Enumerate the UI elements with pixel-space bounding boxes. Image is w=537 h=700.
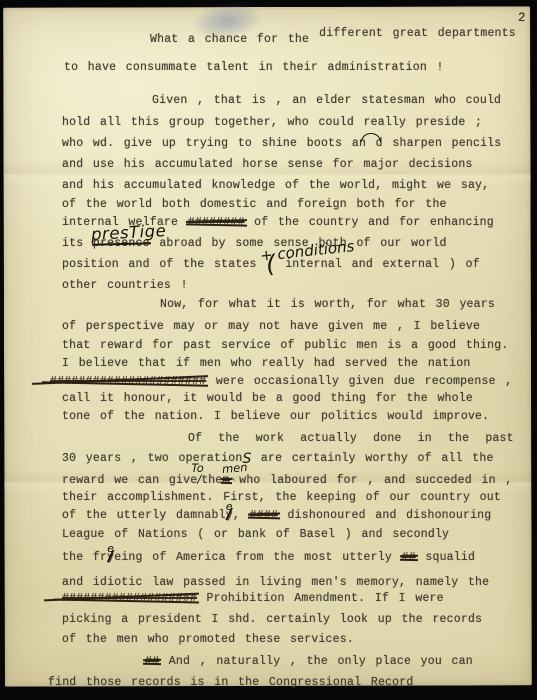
typed-text: its	[62, 237, 93, 250]
typed-line: of perspective may or may not have given…	[62, 320, 480, 333]
typed-text: of the country and for enhancing	[245, 216, 494, 229]
typed-line: other countries !	[62, 279, 188, 292]
typed-text: reward we can give	[62, 474, 197, 487]
typed-text: who laboured for , and succeded in ,	[230, 474, 513, 487]
typed-text: are certainly worthy of all the	[251, 452, 493, 465]
typed-line: ## And , naturally , the only place you …	[145, 655, 473, 668]
scribbled-out-words: ###################	[62, 592, 197, 605]
typed-line: ################### Prohibition Amendmen…	[62, 592, 444, 605]
struck-typed-word: presence	[93, 237, 150, 250]
typed-line: Now, for what it is worth, for what 30 y…	[160, 298, 495, 311]
corrected-character: ye	[107, 551, 114, 564]
typed-text: And , naturally , the only place you can	[159, 655, 473, 668]
typed-text: the fr	[62, 551, 107, 564]
typed-text: Prohibition Amendment. If I were	[197, 592, 444, 605]
typed-text: ,	[233, 509, 250, 522]
typed-line: position and of the states + conditions(…	[62, 258, 480, 271]
scribbled-out-word: ########	[188, 216, 245, 229]
typed-line: reward we can give/Tothemmen^ who labour…	[62, 473, 512, 487]
typed-text: dishonoured and dishonouring	[278, 509, 491, 522]
typed-line: who wd. give up trying to shine boots an…	[62, 137, 501, 150]
typed-line: of the men who promoted these services.	[62, 633, 354, 646]
typed-line: their accomplishment. First, the keeping…	[62, 491, 501, 504]
typed-text: of the utterly damnabl	[62, 509, 226, 522]
scanned-typewritten-page: { "page": { "number": "2", "paper_color"…	[0, 0, 537, 700]
typed-line: I believe that if men who really had ser…	[62, 357, 470, 370]
typed-line: and use his accumulated horse sense for …	[62, 158, 473, 171]
typed-line: to have consummate talent in their admin…	[64, 61, 444, 74]
typed-text: the	[201, 474, 222, 487]
typed-text-raised: different great departments	[319, 27, 516, 40]
handwritten-letter-e: e	[107, 542, 114, 555]
scribbled-out-words: ######################	[50, 375, 206, 388]
typed-text: eing of America from the most utterly	[114, 551, 401, 564]
typed-line: its presTigepresence abroad by some sens…	[62, 237, 447, 250]
corrected-character: ye	[226, 509, 233, 522]
typed-line: hold all this group together, who could …	[62, 116, 482, 129]
typed-line: League of Nations ( or bank of Basel ) a…	[62, 528, 449, 541]
typed-line: picking a president I shd. certainly loo…	[62, 613, 482, 626]
typed-text: What a chance for the	[150, 33, 309, 46]
typed-text: squalid	[416, 551, 475, 564]
typed-line: find those records is in the Congression…	[48, 676, 413, 689]
page-number: 2	[518, 12, 526, 25]
typed-text: sharpen pencils	[383, 137, 502, 150]
scribbled-out-word: ##	[145, 655, 159, 668]
handwritten-word-men: men	[221, 461, 248, 476]
typed-line: and idiotic law passed in living men's m…	[62, 576, 489, 589]
typed-line: that reward for past service of public m…	[62, 339, 508, 352]
typed-line: Given , that is , an elder statesman who…	[152, 94, 501, 107]
insertion-caret: ^	[228, 476, 236, 489]
handwritten-parenthesis: (	[266, 264, 275, 265]
handwritten-letter-e: e	[226, 500, 233, 513]
typed-line: of the world both domestic and foreign b…	[62, 198, 447, 211]
close-up-proofmark: n d	[359, 137, 383, 150]
typed-line: ###################### were occasionally…	[50, 375, 512, 388]
typed-text: who wd. give up trying to shine boots a	[62, 137, 359, 150]
typed-line: What a chance for thedifferent great dep…	[150, 33, 516, 46]
typed-line: tone of the nation. I believe our politi…	[62, 410, 489, 423]
scribbled-out-word: ####	[250, 509, 278, 522]
handwritten-word-to: To	[191, 462, 204, 475]
typed-line: and his accumulated knowledge of the wor…	[62, 179, 489, 192]
typed-line: call it honour, it would be a good thing…	[62, 392, 473, 405]
typed-line: of the utterly damnablye, #### dishonour…	[62, 509, 491, 522]
typed-text: 30 years , two operation	[62, 452, 242, 465]
typed-line: 30 years , two operationS are certainly …	[62, 452, 494, 466]
scribbled-out-word: ##	[402, 551, 416, 564]
typed-line: Of the work actually done in the past	[188, 432, 514, 445]
typed-text: were occasionally given due recompense ,	[206, 375, 512, 388]
typed-line: the fryeeing of America from the most ut…	[62, 551, 475, 564]
typed-text: position and of the states	[62, 258, 266, 271]
